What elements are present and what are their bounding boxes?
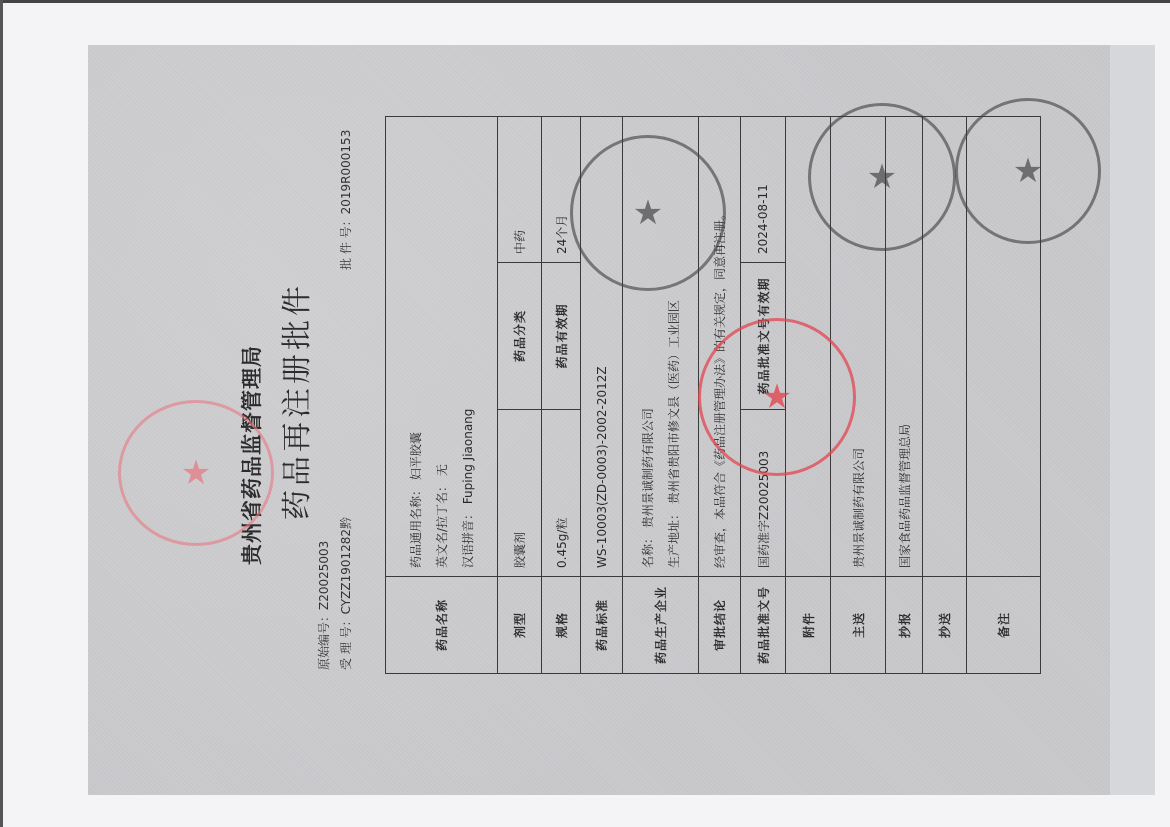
table-row: 药品名称 药品通用名称： 妇平胶囊 英文名/拉丁名： 无 汉语拼音： Fupin… [386,117,498,674]
row-label: 药品标准 [581,577,623,674]
municipal-seal: ★ [808,103,956,251]
document-title: 药品再注册批件 [272,282,316,520]
row-label: 药品生产企业 [623,577,699,674]
seal-star-icon: ★ [867,160,897,194]
company-seal: ★ [570,135,726,291]
drug-name-cell: 药品通用名称： 妇平胶囊 英文名/拉丁名： 无 汉语拼音： Fuping Jia… [386,117,498,577]
original-number-label: 原始编号： [317,610,331,670]
acceptance-number: 受 理 号：CYZZ1901282黔 [337,517,354,670]
row-label: 审批结论 [699,577,741,674]
row-label: 药品有效期 [542,263,581,410]
row-label: 主送 [831,577,886,674]
dosage-form: 胶囊剂 [498,410,542,577]
drug-category: 中药 [498,117,542,263]
seal-star-icon: ★ [762,380,792,414]
row-label: 药品批准文号 [741,577,786,674]
pinyin-name: 汉语拼音： Fuping Jiaonang [455,125,481,568]
row-label: 附件 [786,577,831,674]
original-number-value: Z20025003 [317,541,331,610]
row-label: 抄报 [886,577,923,674]
approval-number-value: 2019R000153 [339,130,353,215]
seal-star-icon: ★ [633,196,663,230]
table-row: 剂型 胶囊剂 药品分类 中药 [498,117,542,674]
english-name: 英文名/拉丁名： 无 [429,125,455,568]
acceptance-number-value: CYZZ1901282黔 [339,517,353,614]
left-red-seal: ★ [118,400,274,546]
row-label: 抄送 [923,577,967,674]
seal-star-icon: ★ [181,456,211,490]
original-number: 原始编号：Z20025003 [315,541,332,670]
approval-expiry: 2024-08-11 [741,117,786,263]
seal-star-icon: ★ [1013,154,1043,188]
generic-name: 药品通用名称： 妇平胶囊 [403,125,429,568]
red-company-seal: ★ [698,318,856,476]
page-shadow-edge [1110,45,1155,795]
scan-edge-left [0,0,3,827]
row-label: 剂型 [498,577,542,674]
provincial-agency-seal: ★ [955,98,1101,244]
approval-number-label: 批 件 号： [339,214,353,270]
specification: 0.45g/粒 [542,410,581,577]
row-label: 药品名称 [386,577,498,674]
row-label: 药品分类 [498,263,542,410]
approval-number: 批 件 号：2019R000153 [337,130,354,270]
row-label: 备注 [967,577,1041,674]
acceptance-number-label: 受 理 号： [339,614,353,670]
row-label: 规格 [542,577,581,674]
scan-edge-top [0,0,1170,3]
